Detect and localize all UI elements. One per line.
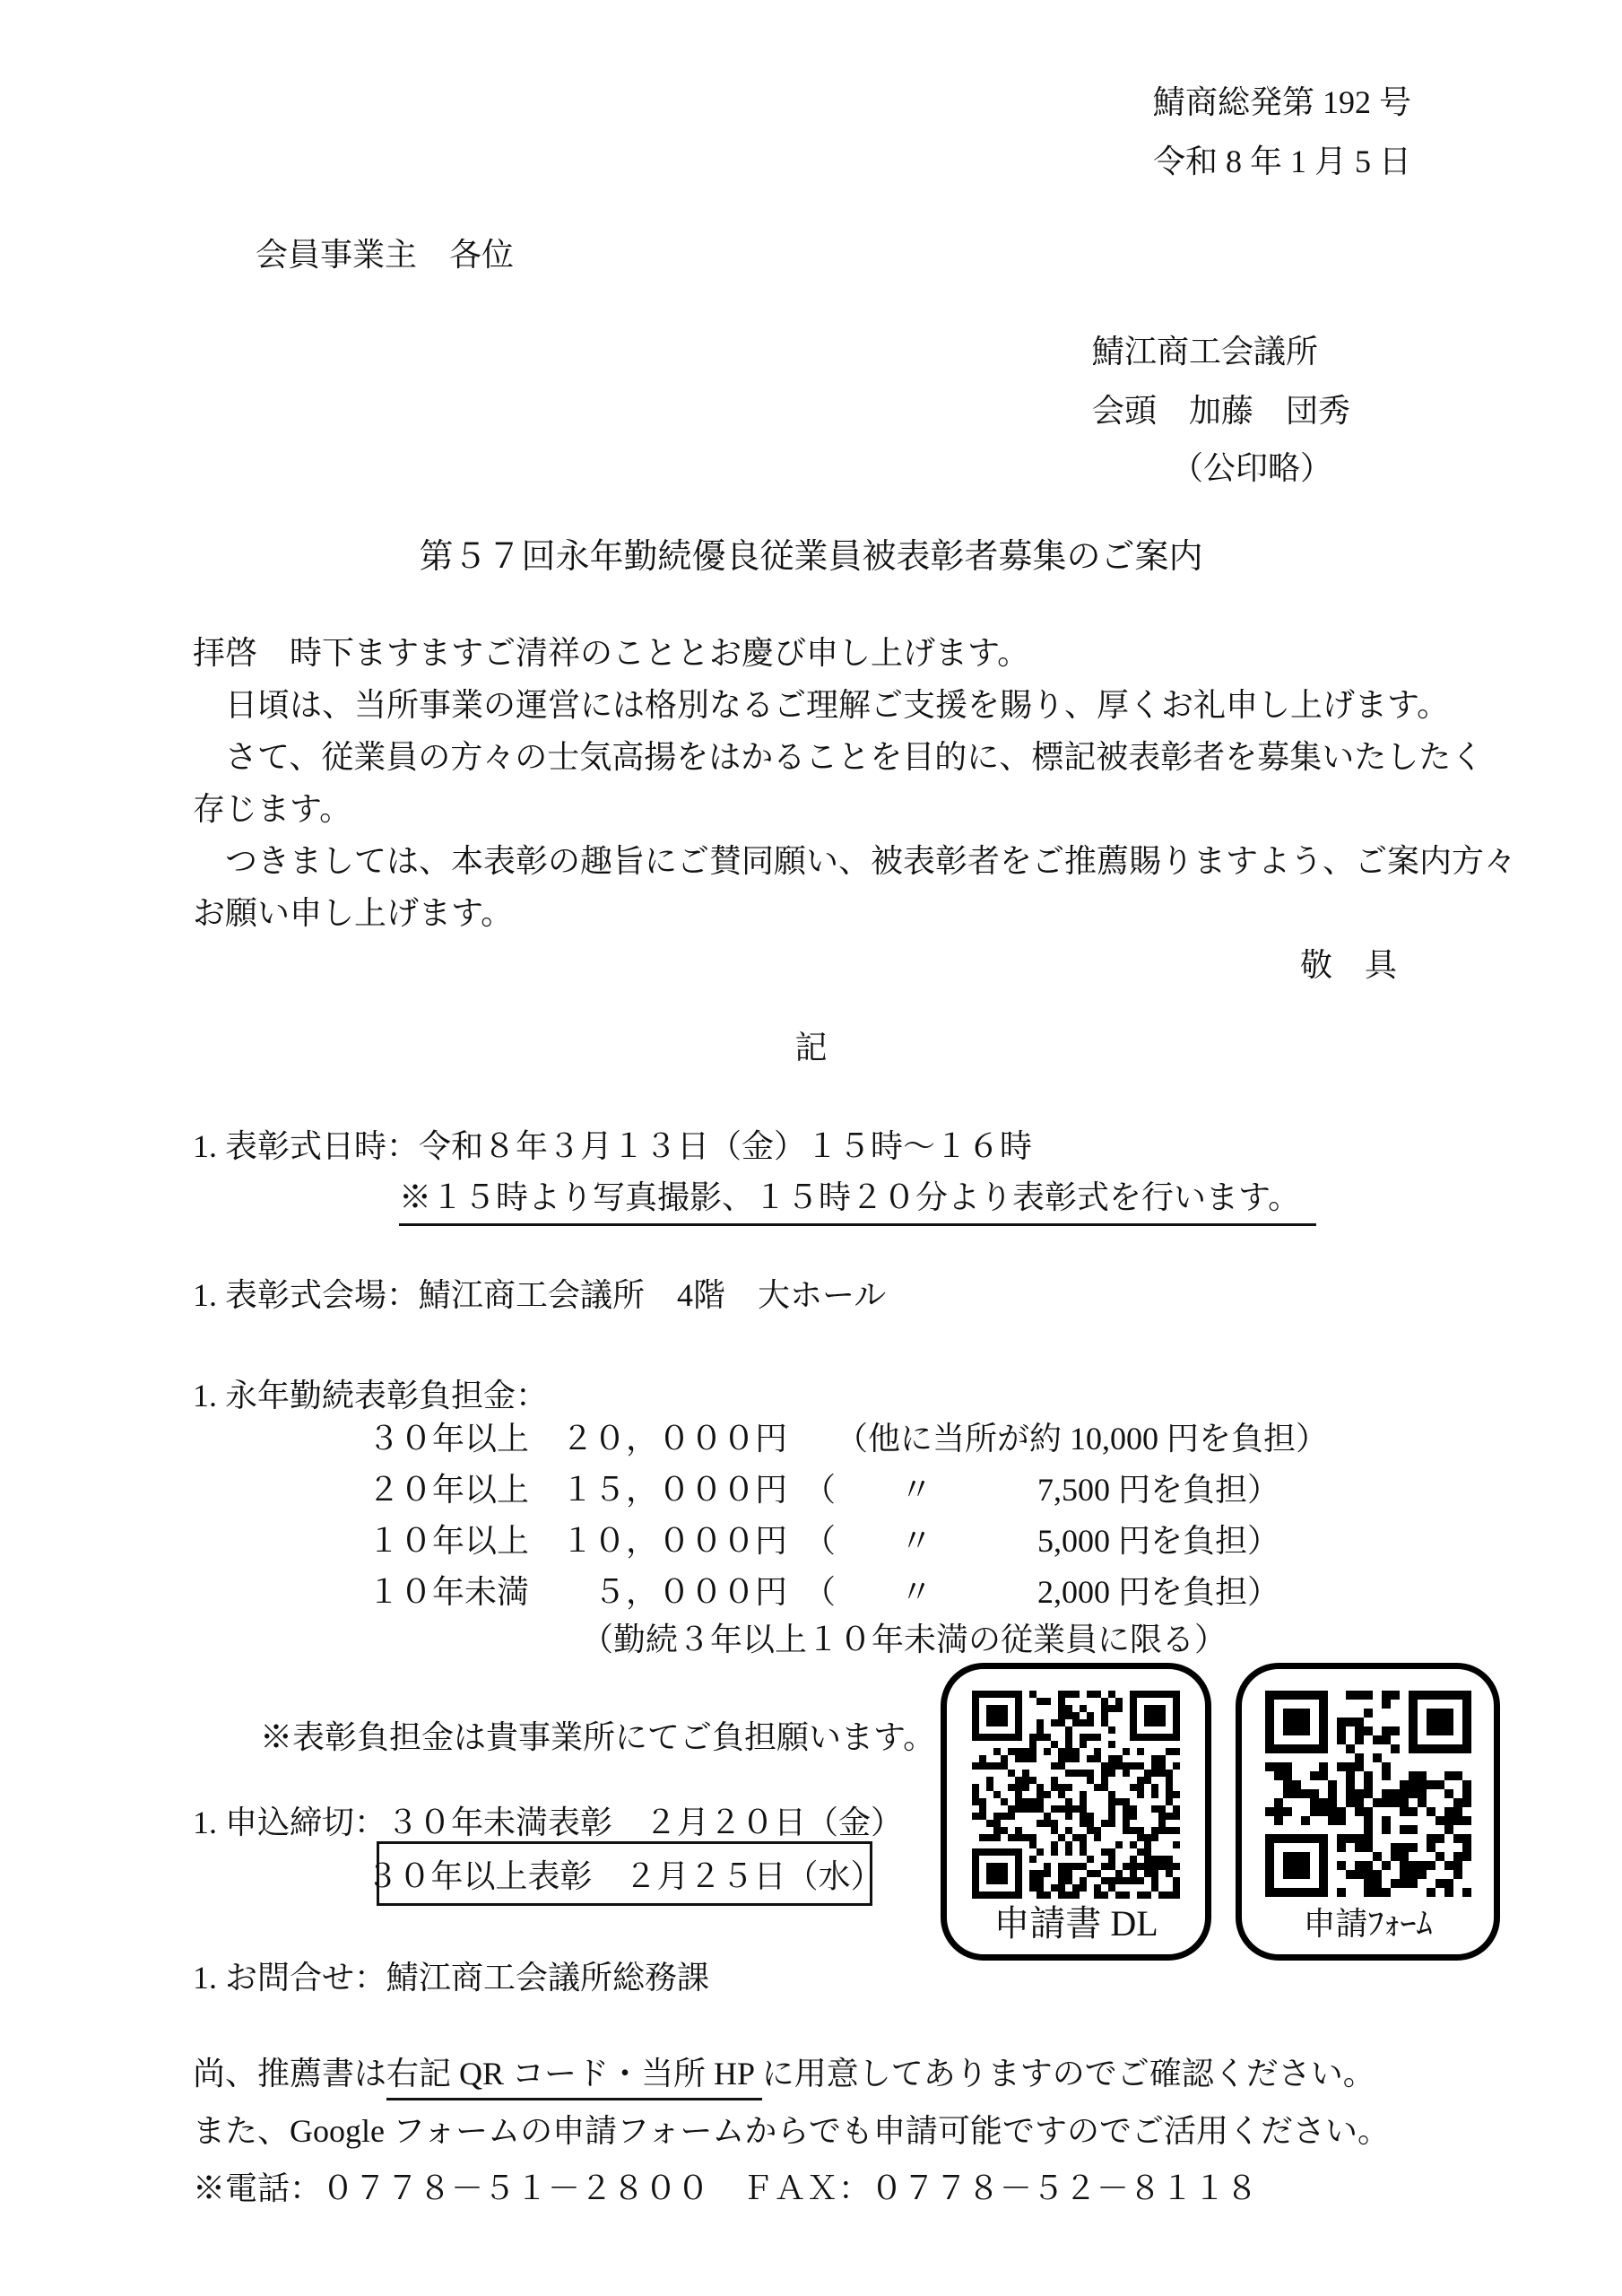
qr-download-label: 申請書 DL (993, 1906, 1158, 1942)
qr-code-form-icon (1265, 1691, 1471, 1897)
footer-note1: 尚、推薦書は右記 QR コード・当所 HP に用意してありますのでご確認ください… (193, 2054, 1375, 2094)
qr-panel-download: 申請書 DL (941, 1663, 1211, 1961)
deadline-boxed-text: ３０年以上表彰 ２月２５日（水） (367, 1851, 883, 1897)
greeting-line: お願い申し上げます。 (193, 893, 513, 934)
fee-row: ２０年以上 １５，０００円 （ 〃 7,500 円を負担） (368, 1470, 1279, 1510)
closing-keigu: 敬 具 (1300, 945, 1397, 986)
fee-row: １０年未満 ５，０００円 （ 〃 2,000 円を負担） (368, 1572, 1279, 1613)
item-deadline: 1. 申込締切：３０年未満表彰 ２月２０日（金） (193, 1803, 903, 1843)
greeting-line: 日頃は、当所事業の運営には格別なるご理解ご支援を賜り、厚くお礼申し上げます。 (193, 685, 1449, 726)
sender-head: 会頭 加藤 団秀 (1092, 391, 1350, 431)
record-heading: 記 (0, 1028, 1622, 1068)
qr-code-download-icon (972, 1691, 1180, 1899)
ceremony-note-underlined: ※１５時より写真撮影、１５時２０分より表彰式を行います。 (399, 1179, 1316, 1226)
item-ceremony-note: ※１５時より写真撮影、１５時２０分より表彰式を行います。 (399, 1178, 1316, 1218)
item-ceremony-datetime: 1. 表彰式日時：令和８年３月１３日（金）１５時～１６時 (193, 1126, 1032, 1167)
document-page: 鯖商総発第 192 号 令和 8 年 1 月 5 日 会員事業主 各位 鯖江商工… (0, 0, 1622, 2296)
sender-org: 鯖江商工会議所 (1092, 332, 1318, 372)
deadline-boxed-row: ３０年以上表彰 ２月２５日（水） (377, 1841, 872, 1906)
document-title: 第５７回永年勤続優良従業員被表彰者募集のご案内 (0, 536, 1622, 579)
footer-phone-fax: ※電話：０７７８－５１－２８００ ＦＡＸ：０７７８－５２－８１１８ (193, 2169, 1258, 2209)
fee-limit-note: （勤続３年以上１０年未満の従業員に限る） (581, 1620, 1227, 1660)
greeting-line: つきましては、本表彰の趣旨にご賛同願い、被表彰者をご推薦賜りますよう、ご案内方々 (193, 841, 1516, 882)
recipient-line: 会員事業主 各位 (256, 235, 514, 275)
footer-note1-suffix: に用意してありますのでご確認ください。 (762, 2056, 1375, 2092)
footer-note2: また、Google フォームの申請フォームからでも申請可能ですのでご活用ください… (193, 2111, 1390, 2152)
footer-note1-prefix: 尚、推薦書は (193, 2056, 386, 2092)
greeting-line: 拝啓 時下ますますご清祥のこととお慶び申し上げます。 (193, 633, 1029, 674)
qr-panel-form: 申請ﾌｫｰﾑ (1236, 1663, 1500, 1961)
greeting-line: 存じます。 (193, 789, 351, 830)
burden-note: ※表彰負担金は貴事業所にてご負担願います。 (260, 1718, 935, 1758)
doc-number: 鯖商総発第 192 号 (1153, 83, 1411, 123)
greeting-line: さて、従業員の方々の士気高揚をはかることを目的に、標記被表彰者を募集いたしたく (193, 737, 1483, 778)
footer-note1-underlined: 右記 QR コード・当所 HP (386, 2056, 762, 2100)
item-venue: 1. 表彰式会場：鯖江商工会議所 4階 大ホール (193, 1275, 886, 1316)
sender-seal-note: （公印略） (1171, 448, 1332, 489)
item-contact: 1. お問合せ：鯖江商工会議所総務課 (193, 1958, 709, 1998)
fee-row: １０年以上 １０，０００円 （ 〃 5,000 円を負担） (368, 1521, 1279, 1561)
doc-date: 令和 8 年 1 月 5 日 (1153, 142, 1411, 182)
item-fee-heading: 1. 永年勤続表彰負担金： (193, 1376, 548, 1416)
fee-row: ３０年以上 ２０，０００円 （他に当所が約 10,000 円を負担） (368, 1419, 1328, 1459)
qr-form-label: 申請ﾌｫｰﾑ (1303, 1908, 1432, 1940)
